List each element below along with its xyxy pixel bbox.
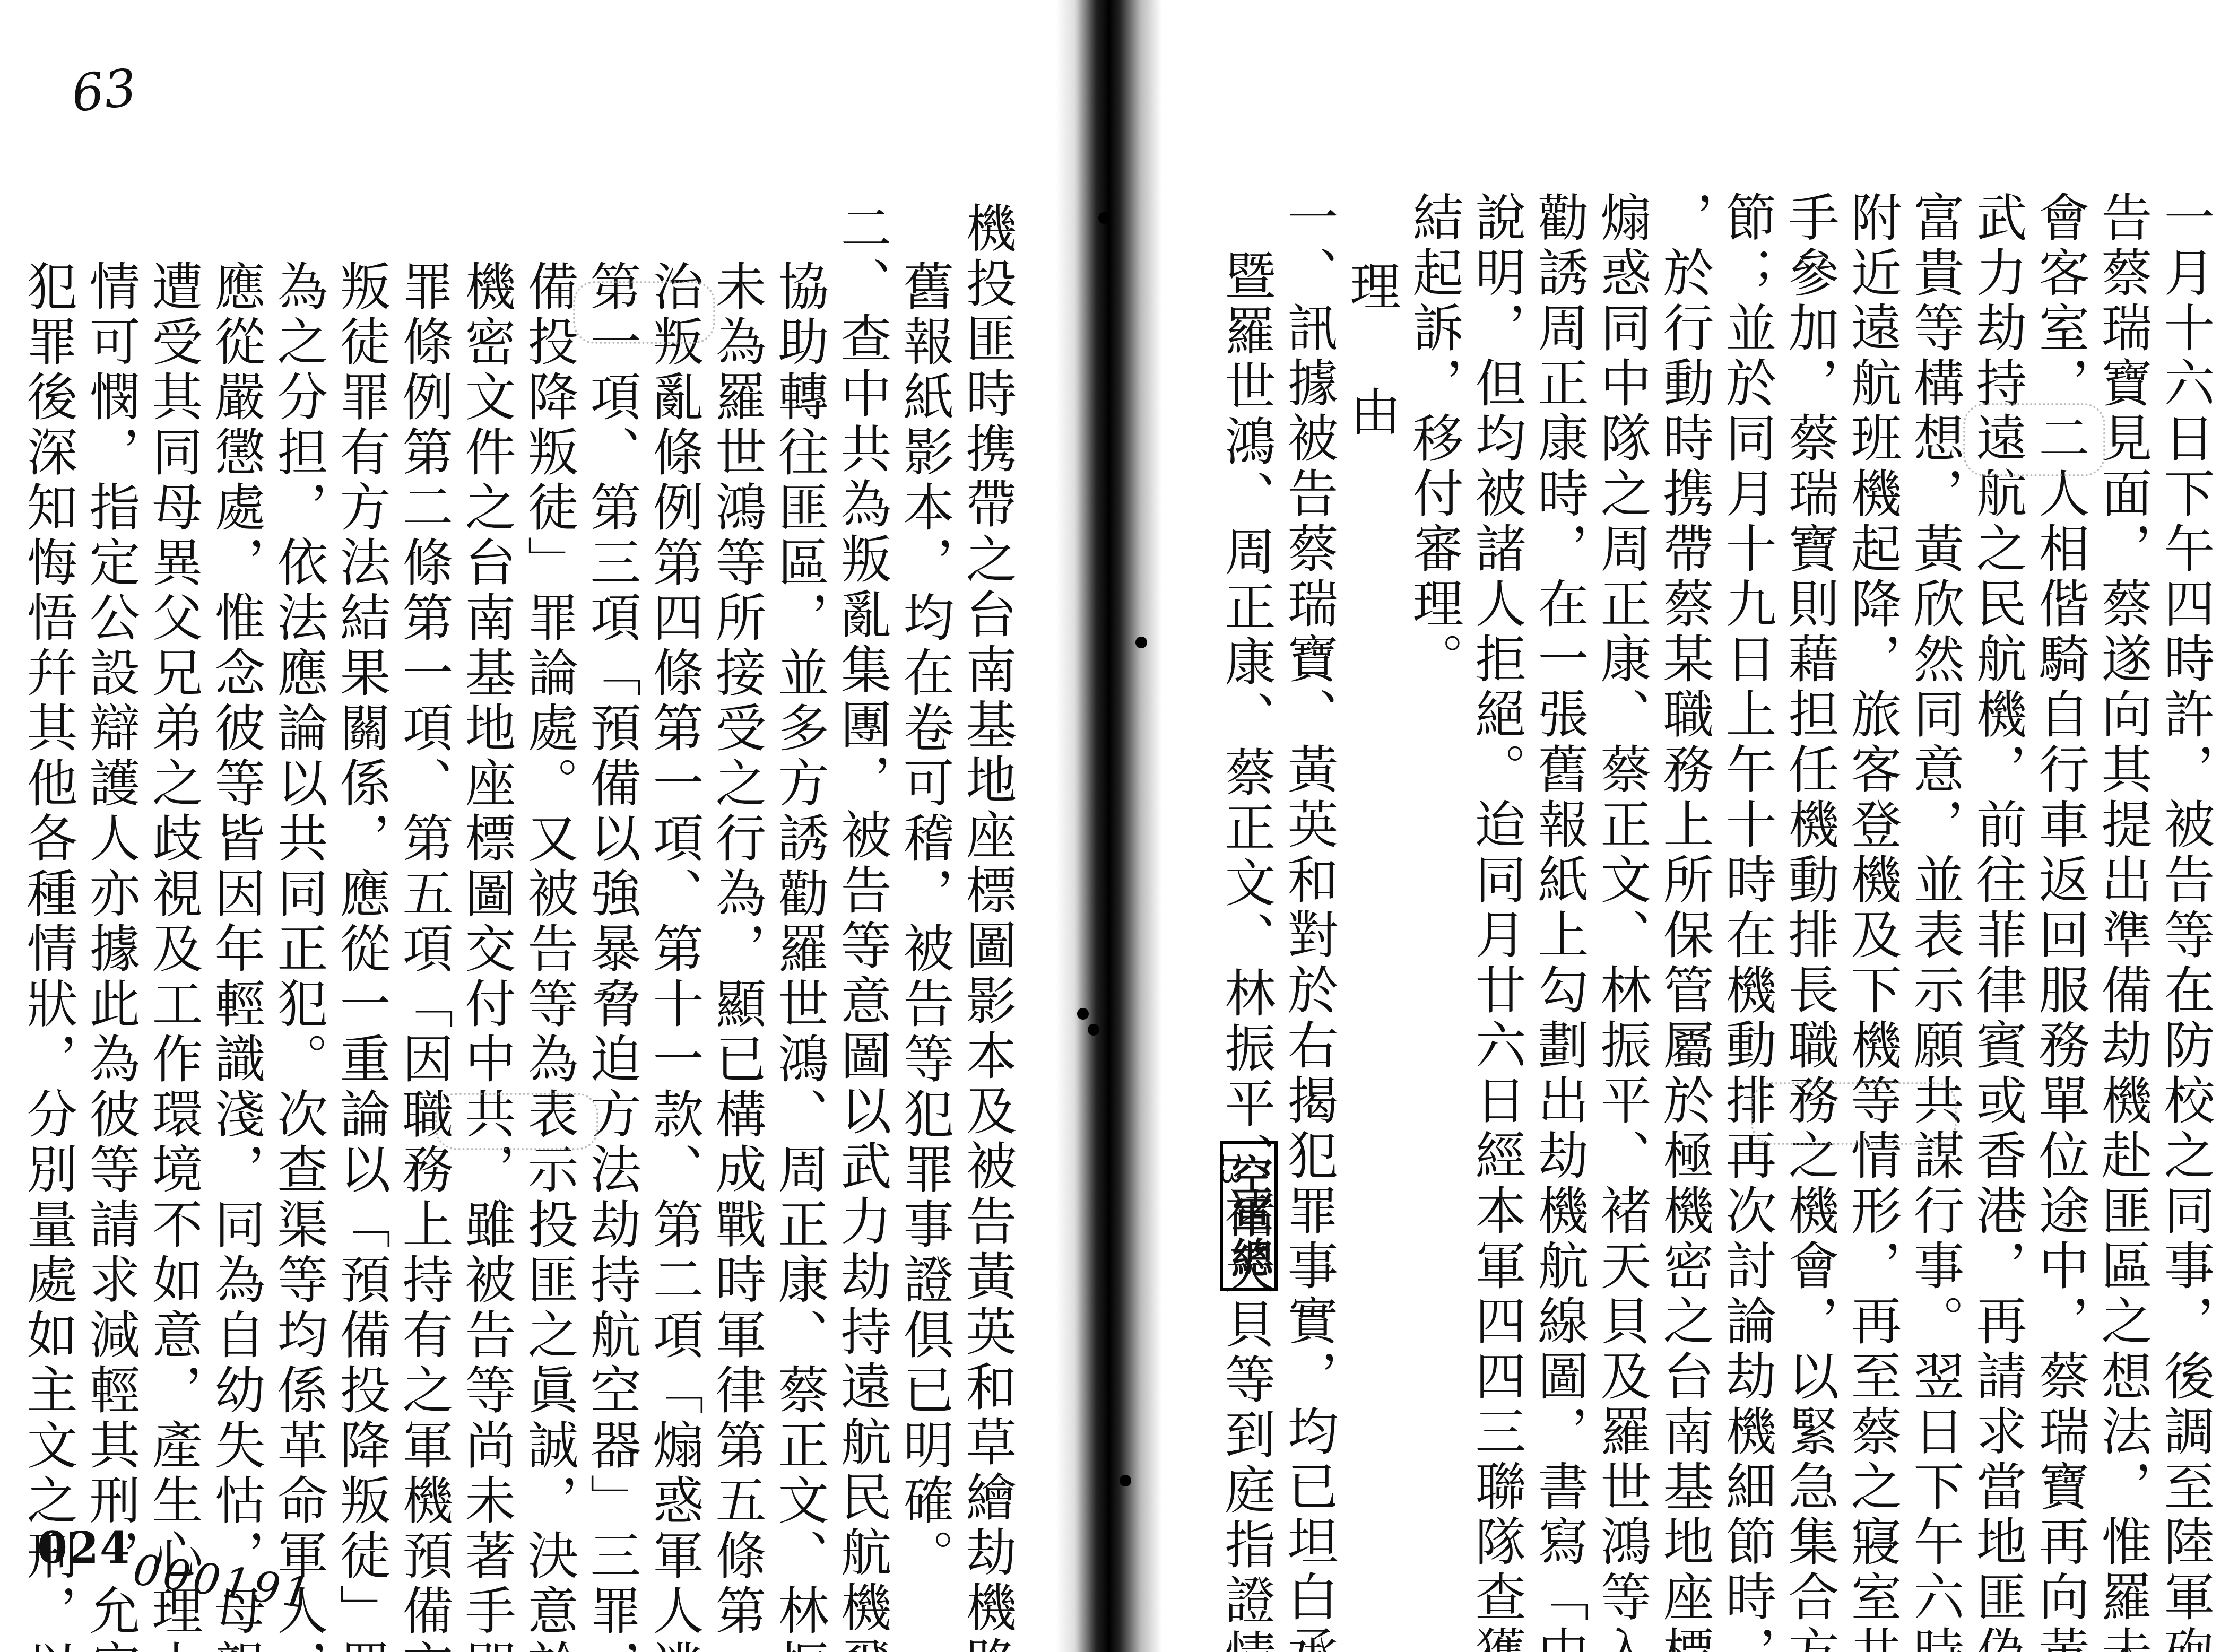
right-page: 一月十六日下午四時許，被告等在防校之同事，後調至陸軍砲校之羅世鴻，因公至台南基地… <box>1157 0 2238 1652</box>
text-column: 協助轉往匪區，並多方誘勸羅世鴻、周正康、蔡正文、林振平、褚天貝等參與預備劫機投匪… <box>768 202 831 1650</box>
text-column: 勸誘周正康時，在一張舊報紙上勾劃出劫機航線圖，書寫「中共大使」、「菲」、「劫」等… <box>1528 191 1591 1581</box>
text-column: 富貴等構想，黃欣然同意，並表示願共謀行事。翌日下午六時許，黃英和至機動排與蔡先行… <box>1904 191 1966 1581</box>
text-column: 應從嚴懲處，惟念彼等皆因年輕識淺，同為自幼失怙，母親改嫁，家庭缺乏溫暖，蔡瑞寶並… <box>205 202 267 1650</box>
text-column: ，於行動時携帶蔡某職務上所保管屬於極機密之台南基地座標圖前往。其後數日，黃英和且… <box>1653 191 1716 1581</box>
watermark <box>1751 1082 1957 1145</box>
left-page: 63 機投匪時携帶之台南基地座標圖影本及被告黃英和草繪劫機路綫圖書寫「中共大使」… <box>0 0 1051 1652</box>
book-gutter-shadow <box>1056 0 1162 1652</box>
text-column: 罪條例第二條第一項、第五項「因職務上持有之軍機預備交付於他人」罪，因與上開預備投… <box>393 202 455 1650</box>
page-number: 63 <box>68 58 139 124</box>
archive-volume-stamp: 024 <box>37 1523 131 1573</box>
scan-speck <box>1135 637 1147 648</box>
text-column: 節；並於同月十九日上午十時在機動排再次討論劫機細節時，復商議為證明渠等劫機附匪之… <box>1716 191 1779 1581</box>
scan-speck <box>1098 212 1110 224</box>
text-column: 會客室，二人相偕騎自行車返回服務單位途中，蔡瑞寶再向黃英和提起劫機之事，並告以準… <box>2029 191 2092 1581</box>
text-column: 情可憫，指定公設辯護人亦據此為彼等請求減輕其刑，允宜酌減其刑以啓自新。爰審酌被告… <box>80 202 142 1650</box>
text-column: 結起訴，移付審理。 <box>1403 191 1465 1581</box>
text-column: 煽惑同中隊之周正康、蔡正文、林振平、褚天貝及羅世鴻等入夥參與劫機，黃英和並於照相… <box>1591 191 1653 1581</box>
text-column: 說明，但均被諸人拒絕。迨同月廿六日經本軍四四三聯隊查獲，由本部政戰部轉送軍事檢察… <box>1465 191 1528 1581</box>
text-column: 舊報紙影本，均在卷可稽，被告等犯罪事證俱已明確。 <box>894 202 956 1650</box>
air-force-seal: 空軍總 <box>1220 1141 1278 1291</box>
scan-speck <box>1088 1024 1099 1036</box>
text-column: 備投降叛徒」罪論處。又被告等為表示投匪之眞誠，決意於劫機時携帶因職務上保管而屬於… <box>518 202 580 1650</box>
text-column: 叛徒罪有方法結果關係，應從一重論以「預備投降叛徒」罪。而被告二人互有犯意之聯絡與… <box>330 202 393 1650</box>
text-column: 治叛亂條例第四條第一項、第十一款、第二項「煽惑軍人逃叛未遂」及民用航空法第七十七… <box>643 202 706 1650</box>
scan-speck <box>1077 1008 1089 1020</box>
scan-speck <box>1120 1475 1131 1486</box>
left-page-text: 機投匪時携帶之台南基地座標圖影本及被告黃英和草繪劫機路綫圖書寫「中共大使」等字樣… <box>17 202 1019 1650</box>
text-column: 一、訊據被告蔡瑞寶、黃英和對於右揭犯罪事實，均已坦白承認，核與蔡瑞寶直屬長官高懸… <box>1278 191 1340 1581</box>
text-column: 遭受其同母異父兄弟之歧視及工作環境不如意，產生心理上不平衡，一時糊塗，致罹重典，… <box>142 202 205 1650</box>
text-column: 未為羅世鴻等所接受之行為，顯已構成戰時軍律第五條第一項、第三項「預備投降叛徒」，… <box>706 202 768 1650</box>
watermark <box>435 1093 598 1150</box>
text-column: 武力劫持遠航之民航機，前往菲律賓或香港，再請求當地匪偽「大使」協助，轉往匪區以享… <box>1966 191 2029 1581</box>
text-column: 第一項、第三項「預備以強暴脅迫方法劫持航空器」三罪，因係一行為所犯，應從一重依「… <box>580 202 643 1650</box>
text-column: 告蔡瑞寶見面，蔡遂向其提出準備劫機赴匪區之想法，惟羅未同意而離去，嗣被告黃英和亦… <box>2092 191 2154 1581</box>
text-column: 犯罪後深知悔悟幷其他各種情狀，分別量處如主文之刑，以資懲儆。 <box>17 202 80 1650</box>
text-column: 一月十六日下午四時許，被告等在防校之同事，後調至陸軍砲校之羅世鴻，因公至台南基地… <box>2154 191 2217 1581</box>
text-column: 為之分担，依法應論以共同正犯。次查渠等均係革命軍人，當忠於國家，竟甘願附匪叛國，… <box>267 202 330 1650</box>
text-column: 手參加，蔡瑞寶則藉担任機動排長職務之機會，以緊急集合方式取得步槍及劫機方式、日期… <box>1779 191 1841 1581</box>
text-column: 暨羅世鴻、周正康、蔡正文、林振平、褚天貝等到庭指證情節均相符合，並有被告等預備於… <box>1215 191 1278 1639</box>
watermark <box>1963 403 2105 476</box>
text-column: 機投匪時携帶之台南基地座標圖影本及被告黃英和草繪劫機路綫圖書寫「中共大使」等字樣… <box>956 202 1019 1592</box>
text-column: 二、查中共為叛亂集團，被告等意圖以武力劫持遠航民航機飛往菲律賓或香港，請求匪偽「… <box>831 202 894 1592</box>
section-heading: 理由 <box>1340 191 1403 1650</box>
text-column: 機密文件之台南基地座標圖交付中共，雖被告等尚未著手即遭查獲，所為仍已構成妨害軍機… <box>455 202 518 1650</box>
watermark <box>573 281 715 344</box>
text-column: 附近遠航班機起降，旅客登機及下機等情形，再至蔡之寢室共同商議，決定如何由黃英和邀… <box>1841 191 1904 1581</box>
